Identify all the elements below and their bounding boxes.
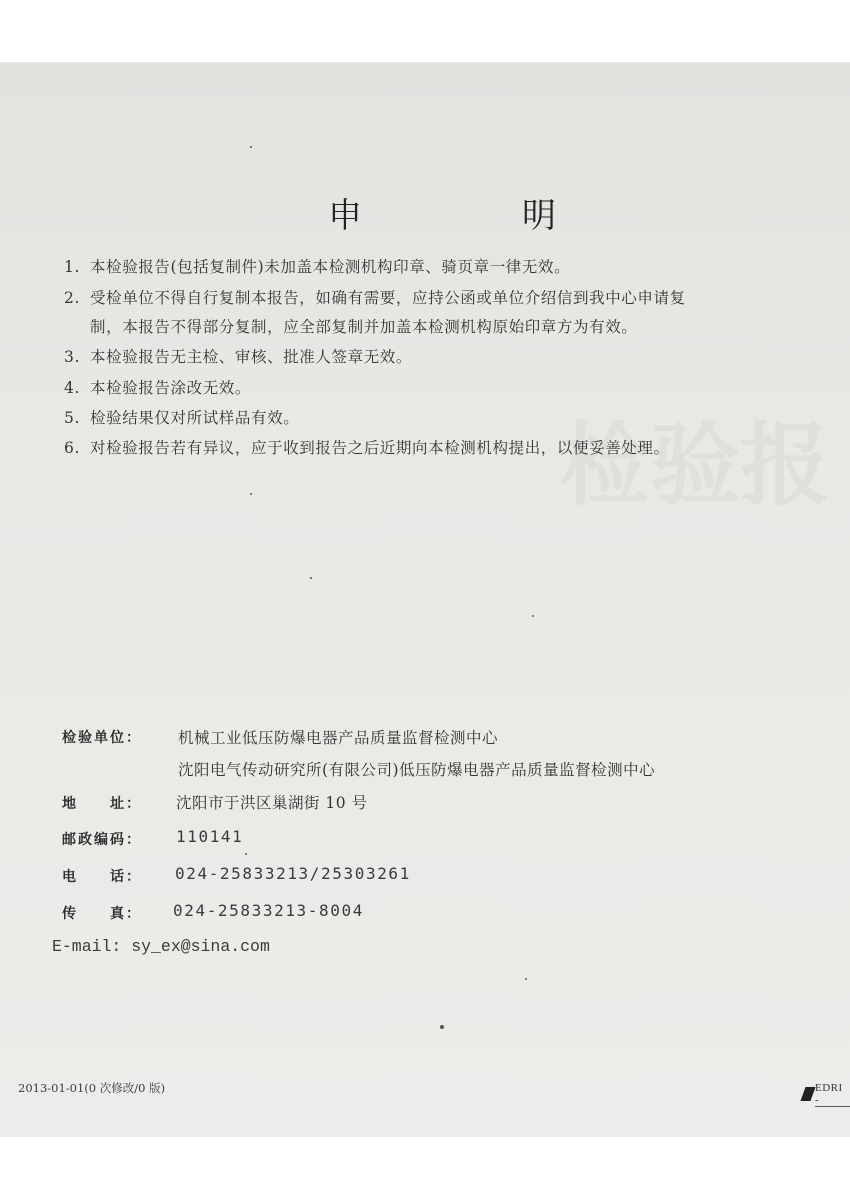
paper-speck: [440, 1025, 444, 1029]
clause-number: 6.: [64, 438, 90, 458]
revision-footer: 2013-01-01(0 次修改/0 版): [18, 1080, 165, 1096]
clause-text: 本检验报告无主检、审核、批准人签章无效。: [90, 348, 412, 366]
clause-number: 1.: [64, 257, 90, 277]
address-label: 地 址：: [62, 793, 142, 813]
paper-speck: [250, 493, 252, 495]
postcode-value: 110141: [176, 827, 243, 846]
clause-item: 4.本检验报告涂改无效。: [64, 378, 251, 398]
clause-number: 3.: [64, 347, 90, 367]
email-value: sy_ex@sina.com: [131, 937, 270, 956]
clause-number: 5.: [64, 408, 90, 428]
fax-label: 传 真：: [62, 903, 142, 923]
clause-item: 2.受检单位不得自行复制本报告，如确有需要，应持公函或单位介绍信到我中心申请复: [64, 288, 686, 308]
email-row: E-mail: sy_ex@sina.com: [52, 937, 270, 956]
page-title: 申 明: [0, 188, 850, 232]
clause-number: 2.: [64, 288, 90, 308]
title-char-1: 申: [328, 188, 362, 237]
clause-item: 5.检验结果仅对所试样品有效。: [64, 408, 299, 428]
clause-text: 对检验报告若有异议，应于收到报告之后近期向本检测机构提出，以便妥善处理。: [90, 439, 670, 457]
phone-label: 电 话：: [62, 866, 142, 886]
clause-text: 本检验报告(包括复制件)未加盖本检测机构印章、骑页章一律无效。: [90, 258, 570, 276]
paper-speck: [532, 615, 534, 617]
paper-speck: [525, 978, 527, 980]
edri-logo: EDRI -: [803, 1086, 850, 1102]
paper-speck: [310, 577, 312, 579]
clause-item: 3.本检验报告无主检、审核、批准人签章无效。: [64, 347, 412, 367]
unit-line-1: 机械工业低压防爆电器产品质量监督检测中心: [178, 726, 498, 748]
unit-label: 检验单位：: [62, 727, 142, 747]
email-label: E-mail:: [52, 937, 121, 956]
clause-continuation: 制，本报告不得部分复制，应全部复制并加盖本检测机构原始印章方为有效。: [90, 317, 637, 337]
title-char-2: 明: [522, 188, 556, 237]
fax-value: 024-25833213-8004: [173, 901, 364, 920]
clause-item: 6.对检验报告若有异议，应于收到报告之后近期向本检测机构提出，以便妥善处理。: [64, 438, 670, 458]
unit-line-2: 沈阳电气传动研究所(有限公司)低压防爆电器产品质量监督检测中心: [178, 758, 655, 780]
clause-item: 1.本检验报告(包括复制件)未加盖本检测机构印章、骑页章一律无效。: [64, 257, 570, 277]
phone-value: 024-25833213/25303261: [175, 864, 411, 883]
postcode-label: 邮政编码：: [62, 829, 142, 849]
logo-mark-icon: [800, 1087, 815, 1101]
logo-text: EDRI -: [815, 1082, 850, 1107]
paper-speck: [245, 853, 247, 855]
clause-text: 本检验报告涂改无效。: [90, 379, 251, 397]
clause-number: 4.: [64, 378, 90, 398]
clause-text: 受检单位不得自行复制本报告，如确有需要，应持公函或单位介绍信到我中心申请复: [90, 289, 686, 307]
clause-text: 检验结果仅对所试样品有效。: [90, 409, 299, 427]
paper-speck: [250, 146, 252, 148]
address-value: 沈阳市于洪区巢湖街 10 号: [176, 791, 368, 813]
